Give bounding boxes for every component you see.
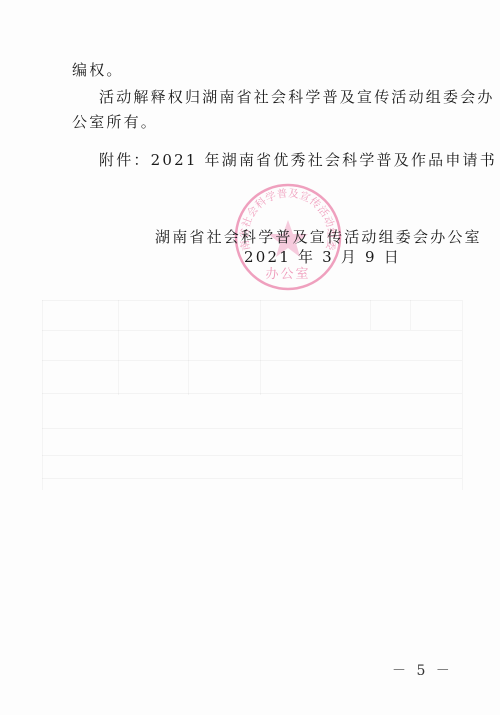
signature-date: 2021 年 3 月 9 日 bbox=[244, 248, 401, 266]
svg-text:办公室: 办公室 bbox=[265, 266, 310, 282]
paragraph-1: 编权。 bbox=[72, 61, 124, 79]
attachment-line: 附件：2021 年湖南省优秀社会科学普及作品申请书 bbox=[99, 151, 497, 169]
document-page: 编权。 活动解释权归湖南省社会科学普及宣传活动组委会办 公室所有。 附件：202… bbox=[0, 0, 500, 715]
paragraph-2: 活动解释权归湖南省社会科学普及宣传活动组委会办 bbox=[99, 88, 495, 106]
page-number: － 5 － bbox=[392, 660, 453, 680]
signature-organization: 湖南省社会科学普及宣传活动组委会办公室 bbox=[155, 228, 482, 246]
paragraph-3: 公室所有。 bbox=[72, 113, 158, 131]
